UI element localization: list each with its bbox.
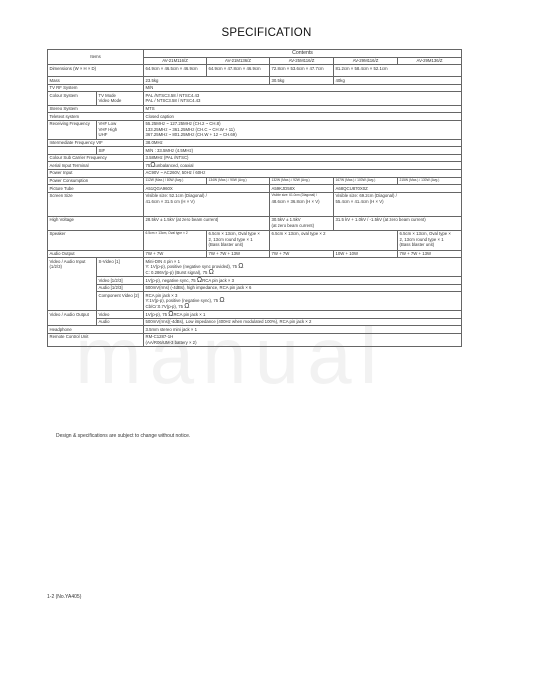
table-row: Remote Control Unit RM-C1287-1H(AA/R06/U… bbox=[48, 333, 462, 346]
table-row: Stereo System MTS bbox=[48, 105, 462, 113]
value-line: PAL / NTSC3.58 / NTSC4.43 bbox=[146, 98, 460, 104]
row-label: Headphone bbox=[48, 326, 144, 334]
table-row: Audio 500mV(rms)(-4dBs), Low impedance (… bbox=[48, 318, 462, 326]
cell-value: 23.5kg bbox=[144, 77, 270, 85]
cell-value: 134W (Max.) / 90W (Avg.) bbox=[207, 177, 270, 185]
cell-value: 75Ωunbalanced, coaxial bbox=[144, 162, 462, 170]
table-row: Mass 23.5kg 30.5kg 40kg bbox=[48, 77, 462, 85]
table-row: Picture Tube A51QGA960X A59KJD58X A68QCU… bbox=[48, 185, 462, 193]
row-label: High Voltage bbox=[48, 216, 144, 230]
cell-value: 500mV(rms)(-4dBs), Low impedance (400Hz … bbox=[144, 318, 462, 326]
cell-value: 7W + 7W bbox=[144, 250, 207, 258]
table-row: Aerial Input Terminal 75Ωunbalanced, coa… bbox=[48, 162, 462, 170]
row-label: TV RF System bbox=[48, 84, 144, 92]
cell-value: 1V(p-p), negative sync, 75 ΩRCA pin jack… bbox=[144, 277, 462, 285]
model-header: AV-21M136/Z bbox=[207, 57, 270, 65]
cell-value: 3.58MHz (PAL /NTSC) bbox=[144, 154, 462, 162]
row-sublabel: Component Video [2] bbox=[97, 292, 144, 311]
cell-value: 64.9cm × 46.5cm × 46.9cm bbox=[144, 65, 207, 77]
ohm-icon: Ω bbox=[209, 269, 214, 276]
cell-value: A59KJD58X bbox=[270, 185, 334, 193]
value-line: C: 0.286V(p-p) (Burst signal), 75 Ω bbox=[146, 270, 460, 276]
value-line: 6.5cm × 13cm, Oval type × bbox=[400, 231, 460, 237]
row-label: Dimensions (W × H × D) bbox=[48, 65, 144, 77]
row-sublabel: TV ModeVideo Mode bbox=[97, 92, 144, 105]
sublabel: Video Mode bbox=[99, 98, 142, 104]
cell-value: 7W + 7W bbox=[270, 250, 334, 258]
cell-value: 31.5 kV + 1.0kV / -1.5kV (at zero beam c… bbox=[334, 216, 462, 230]
table-row: Video / Audio Input (1/2/3) S-Video [1] … bbox=[48, 258, 462, 277]
row-label: Power Input bbox=[48, 169, 144, 177]
table-row: SIF M/N : 33.5MHz (4.5MHz) bbox=[48, 147, 462, 155]
cell-value: 55.25MHz ~ 127.25MHz (CH.2 ~ CH.8)133.25… bbox=[144, 120, 462, 139]
cell-value: 28.5kV ± 1.5kV (at zero beam current) bbox=[144, 216, 270, 230]
row-sublabel: SIF bbox=[97, 147, 144, 155]
table-row: Power Consumption 112W (Max.) / 80W (Avg… bbox=[48, 177, 462, 185]
table-row: Receiving Frequency VHF LowVHF HighUHF 5… bbox=[48, 120, 462, 139]
table-row: Dimensions (W × H × D) 64.9cm × 46.5cm ×… bbox=[48, 65, 462, 77]
footnote: Design & specifications are subject to c… bbox=[56, 433, 190, 439]
table-row: Video [1/2/3] 1V(p-p), negative sync, 75… bbox=[48, 277, 462, 285]
cell-value: 30.5kV ± 1.5kV(at zero beam current) bbox=[270, 216, 334, 230]
value-line: 367.25MHz ~ 801.25MHz (CH.W + 12 ~ CH.69… bbox=[146, 132, 460, 138]
cell-value: PAL /NTSC3.58 / NTSC4.43PAL / NTSC3.58 /… bbox=[144, 92, 462, 105]
cell-value: Visible size: 61.0cm (Diagonal) /48.6cm … bbox=[270, 192, 334, 216]
table-header-row: Items Contents bbox=[48, 50, 462, 58]
row-sublabel: Audio [1/2/3] bbox=[97, 284, 144, 292]
page-number: 1-2 (No.YA405) bbox=[47, 594, 81, 600]
cell-value: 81.2cm × 58.4cm × 52.1cm bbox=[334, 65, 462, 77]
row-label: Audio Output bbox=[48, 250, 144, 258]
cell-value: A68QCU870X0Z bbox=[334, 185, 462, 193]
model-header: AV-29M116/Z bbox=[334, 57, 398, 65]
row-label: Video / Audio Input (1/2/3) bbox=[48, 258, 97, 311]
value-line: (at zero beam current) bbox=[272, 223, 332, 229]
ohm-icon: Ω bbox=[184, 303, 189, 310]
row-sublabel: VHF LowVHF HighUHF bbox=[97, 120, 144, 139]
value-text: unbalanced, coaxial bbox=[156, 163, 194, 168]
table-row: Colour System TV ModeVideo Mode PAL /NTS… bbox=[48, 92, 462, 105]
cell-value: Visible size: 52.1cm (Diagonal) /41.6cm … bbox=[144, 192, 270, 216]
row-label: Aerial Input Terminal bbox=[48, 162, 144, 170]
table-row: Colour Sub Carrier Frequency 3.58MHz (PA… bbox=[48, 154, 462, 162]
row-label bbox=[48, 147, 97, 155]
model-header: AV-25M116/Z bbox=[270, 57, 334, 65]
table-row: Screen Size Visible size: 52.1cm (Diagon… bbox=[48, 192, 462, 216]
value-line: (AA/R06/UM-3 battery × 2) bbox=[146, 340, 460, 346]
value-text: C: 0.286V(p-p) (Burst signal), 75 bbox=[146, 270, 208, 275]
cell-value: 38.0MHz bbox=[144, 139, 462, 147]
row-label: Colour Sub Carrier Frequency bbox=[48, 154, 144, 162]
row-label: Teletext system bbox=[48, 113, 144, 121]
cell-value: 30.5kg bbox=[270, 77, 334, 85]
row-sublabel: Video [1/2/3] bbox=[97, 277, 144, 285]
row-label: Receiving Frequency bbox=[48, 120, 97, 139]
row-label: Speaker bbox=[48, 230, 144, 250]
cell-value: RM-C1287-1H(AA/R06/UM-3 battery × 2) bbox=[144, 333, 462, 346]
cell-value: 7W + 7W + 13W bbox=[398, 250, 462, 258]
cell-value: 500mV(rms) (-4dBs), high impedance, RCA … bbox=[144, 284, 462, 292]
cell-value: 1V(p-p), 75 ΩRCA pin jack × 1 bbox=[144, 311, 462, 319]
cell-value: 112W (Max.) / 80W (Avg.) bbox=[144, 177, 207, 185]
row-label: Power Consumption bbox=[48, 177, 144, 185]
value-line: (Bass blaster unit) bbox=[209, 242, 268, 248]
cell-value: 40kg bbox=[334, 77, 462, 85]
cell-value: 6.5cm × 13cm, Oval type ×2, 13cm round t… bbox=[398, 230, 462, 250]
table-row: Headphone 3.5mm stereo mini jack × 1 bbox=[48, 326, 462, 334]
items-header: Items bbox=[48, 50, 144, 65]
table-row: Audio [1/2/3] 500mV(rms) (-4dBs), high i… bbox=[48, 284, 462, 292]
cell-value: AC90V ~ AC260V, 50Hz / 60Hz bbox=[144, 169, 462, 177]
cell-value: M/N : 33.5MHz (4.5MHz) bbox=[144, 147, 462, 155]
table-row: Teletext system Closed caption bbox=[48, 113, 462, 121]
value-line: Cb/Cr:0.7V(p-p), 75 Ω bbox=[146, 304, 460, 310]
value-text: RCA pin jack × 1 bbox=[173, 312, 205, 317]
cell-value: 72.8cm × 53.6cm × 47.7cm bbox=[270, 65, 334, 77]
cell-value: 64.9cm × 47.8cm × 46.9cm bbox=[207, 65, 270, 77]
table-row: Intermediate Frequency VIF 38.0MHz bbox=[48, 139, 462, 147]
cell-value: 10W + 10W bbox=[334, 250, 398, 258]
value-line: 6.5cm × 13cm, Oval type × bbox=[209, 231, 268, 237]
value-line: 55.4cm × 41.4cm (H × V) bbox=[336, 199, 460, 205]
cell-value: 3.5mm stereo mini jack × 1 bbox=[144, 326, 462, 334]
value-text: 1V(p-p), 75 bbox=[146, 312, 168, 317]
row-label: Video / Audio Output bbox=[48, 311, 97, 326]
cell-value: RCA pin jack × 3 Y:1V(p-p), positive (ne… bbox=[144, 292, 462, 311]
row-label: Screen Size bbox=[48, 192, 144, 216]
table-row: Audio Output 7W + 7W 7W + 7W + 13W 7W + … bbox=[48, 250, 462, 258]
cell-value: A51QGA960X bbox=[144, 185, 270, 193]
cell-value: Visible size: 69.2cm (Diagonal) /55.4cm … bbox=[334, 192, 462, 216]
row-label: Remote Control Unit bbox=[48, 333, 144, 346]
cell-value: Mini-DIN 4 pin × 1 Y: 1V(p-p), positive … bbox=[144, 258, 462, 277]
specification-table: Items Contents AV-21M116/Z AV-21M136/Z A… bbox=[47, 49, 462, 347]
model-header: AV-21M116/Z bbox=[144, 57, 207, 65]
row-label: Picture Tube bbox=[48, 185, 144, 193]
cell-value: M/N bbox=[144, 84, 462, 92]
ohm-icon: Ω bbox=[238, 263, 243, 270]
value-text: Cb/Cr:0.7V(p-p), 75 bbox=[146, 304, 184, 309]
page-title: SPECIFICATION bbox=[0, 27, 533, 39]
value-line: 48.6cm × 36.8cm (H × V) bbox=[272, 199, 332, 205]
table-row: Component Video [2] RCA pin jack × 3 Y:1… bbox=[48, 292, 462, 311]
table-row: Video / Audio Output Video 1V(p-p), 75 Ω… bbox=[48, 311, 462, 319]
value-line: (Bass blaster unit) bbox=[400, 242, 460, 248]
row-sublabel: Audio bbox=[97, 318, 144, 326]
cell-value: Closed caption bbox=[144, 113, 462, 121]
cell-value: 6.5cm × 13cm, Oval type × 2 bbox=[144, 230, 207, 250]
contents-header: Contents bbox=[144, 50, 462, 58]
cell-value: 167W (Max.) / 100W (Avg.) bbox=[334, 177, 398, 185]
cell-value: 6.5cm × 13cm, oval type × 2 bbox=[270, 230, 398, 250]
cell-value: 6.5cm × 13cm, Oval type ×2, 13cm round t… bbox=[207, 230, 270, 250]
ohm-icon: Ω bbox=[219, 297, 224, 304]
cell-value: 132W (Max.) / 92W (Avg.) bbox=[270, 177, 334, 185]
value-text: Y: 1V(p-p), positive (negative sync prov… bbox=[146, 264, 237, 269]
cell-value: 215W (Max.) / 130W (Avg.) bbox=[398, 177, 462, 185]
row-label: Stereo System bbox=[48, 105, 144, 113]
row-label: Intermediate Frequency VIF bbox=[48, 139, 144, 147]
cell-value: MTS bbox=[144, 105, 462, 113]
value-text: 1V(p-p), negative sync, 75 bbox=[146, 278, 196, 283]
row-label: Mass bbox=[48, 77, 144, 85]
value-line: 41.6cm × 31.5 cm (H × V) bbox=[146, 199, 268, 205]
row-sublabel: S-Video [1] bbox=[97, 258, 144, 277]
model-header: AV-29M136/Z bbox=[398, 57, 462, 65]
table-row: Power Input AC90V ~ AC260V, 50Hz / 60Hz bbox=[48, 169, 462, 177]
table-row: Speaker 6.5cm × 13cm, Oval type × 2 6.5c… bbox=[48, 230, 462, 250]
table-row: TV RF System M/N bbox=[48, 84, 462, 92]
sublabel: UHF bbox=[99, 132, 142, 138]
value-text: Y:1V(p-p), positive (negative sync), 75 bbox=[146, 298, 219, 303]
table-row: High Voltage 28.5kV ± 1.5kV (at zero bea… bbox=[48, 216, 462, 230]
row-label: Colour System bbox=[48, 92, 97, 105]
value-text: RCA pin jack × 3 bbox=[202, 278, 234, 283]
cell-value: 7W + 7W + 13W bbox=[207, 250, 270, 258]
row-sublabel: Video bbox=[97, 311, 144, 319]
